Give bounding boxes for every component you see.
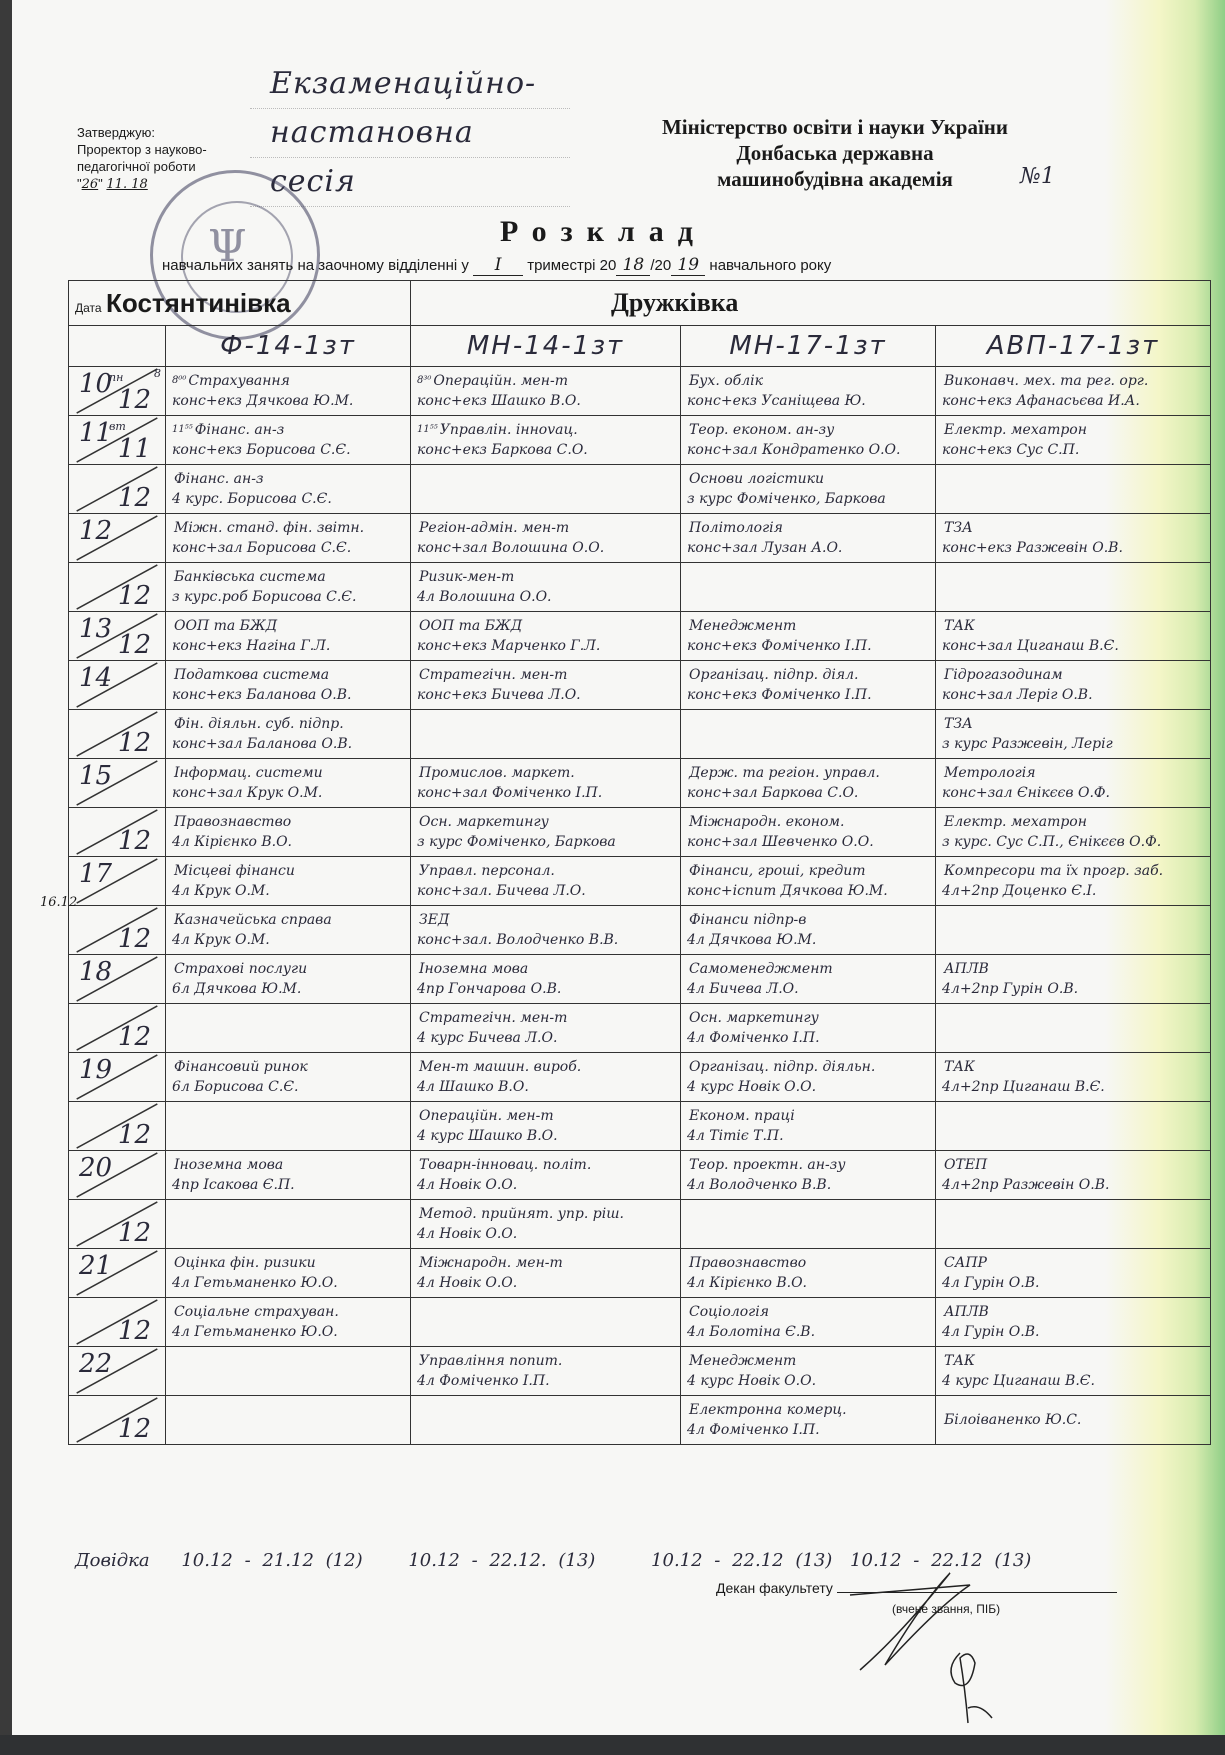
subject-text: Фін. діяльн. суб. підпр. xyxy=(174,716,344,732)
subtitle-mid: триместрі 20 xyxy=(527,257,616,274)
schedule-cell: Соціологія4л Болотіна Є.В. xyxy=(681,1298,936,1347)
page-subtitle: навчальних занять на заочному відділенні… xyxy=(162,255,831,276)
schedule-cell: Бух. облікконс+екз Усаніщева Ю. xyxy=(681,367,936,416)
subject-text: ООП та БЖД xyxy=(174,618,277,634)
subject-text: Міжнародн. мен-т xyxy=(419,1255,563,1271)
weekday: вт xyxy=(109,420,126,433)
schedule-cell: ТАК4 курс Циганаш В.Є. xyxy=(936,1347,1211,1396)
schedule-cell: Фінанси, гроші, кредитконс+іспит Дячкова… xyxy=(681,857,936,906)
subject-name: Промислов. маркет. xyxy=(417,763,674,783)
subject-text: САПР xyxy=(944,1255,987,1271)
lecturer-info: 4л Крук О.М. xyxy=(172,881,404,901)
subject-name: ООП та БЖД xyxy=(417,616,674,636)
lecturer-info: 4л+2пр Циганаш В.Є. xyxy=(942,1077,1204,1097)
schedule-cell: Менеджмент4 курс Новік О.О. xyxy=(681,1347,936,1396)
table-row: 19Фінансовий ринок6л Борисова С.Є.Мен-т … xyxy=(69,1053,1211,1102)
subject-text: Місцеві фінанси xyxy=(174,863,295,879)
lecturer-info: 6л Дячкова Ю.М. xyxy=(172,979,404,999)
schedule-cell: Виконавч. мех. та рег. орг.конс+екз Афан… xyxy=(936,367,1211,416)
subject-text: Управл. персонал. xyxy=(419,863,555,879)
footer-range: 10.12 - 22.12. (13) xyxy=(408,1550,595,1571)
subject-name: Метод. прийнят. упр. ріш. xyxy=(417,1204,674,1224)
date-cell: 11вт11 xyxy=(69,416,166,465)
schedule-cell: Управл. персонал.конс+зал. Бичева Л.О. xyxy=(411,857,681,906)
approval-day: 26 xyxy=(82,177,99,192)
subject-name: Метрологія xyxy=(942,763,1204,783)
subject-name: Фінанси підпр-в xyxy=(687,910,929,930)
lecturer-info: 4л Кірієнко В.О. xyxy=(687,1273,929,1293)
schedule-cell: Білоіваненко Ю.С. xyxy=(936,1396,1211,1445)
date-cell: 12 xyxy=(69,1298,166,1347)
date-cell: 20 xyxy=(69,1151,166,1200)
approval-month-year: 11. 18 xyxy=(106,177,147,192)
date-cell: 12 xyxy=(69,906,166,955)
schedule-cell: Інформац. системиконс+зал Крук О.М. xyxy=(166,759,411,808)
schedule-cell: Оцінка фін. ризики4л Гетьманенко Ю.О. xyxy=(166,1249,411,1298)
side-note: 16.12 xyxy=(40,895,77,910)
schedule-cell xyxy=(936,1102,1211,1151)
subject-name: 8⁰⁰Страхування xyxy=(172,371,404,391)
subject-text: Інформац. системи xyxy=(174,765,323,781)
subject-name: Організац. підпр. діяльн. xyxy=(687,1057,929,1077)
subject-name: Основи логістики xyxy=(687,469,929,489)
table-row: 20Іноземна мова4пр Ісакова Є.П.Товарн-ін… xyxy=(69,1151,1211,1200)
subject-name: Страхові послуги xyxy=(172,959,404,979)
table-row: 12Фінанс. ан-з4 курс. Борисова С.Є.Основ… xyxy=(69,465,1211,514)
weekday: пн xyxy=(109,371,123,384)
subject-text: Економ. праці xyxy=(689,1108,795,1124)
subject-name: Міжнародн. економ. xyxy=(687,812,929,832)
subject-name: ОТЕП xyxy=(942,1155,1204,1175)
subject-name: Електр. мехатрон xyxy=(942,420,1204,440)
lecturer-info: з курс.роб Борисова С.Є. xyxy=(172,587,404,607)
subject-name: Бух. облік xyxy=(687,371,929,391)
schedule-cell: Метрологіяконс+зал Єнікєєв О.Ф. xyxy=(936,759,1211,808)
subject-text: Управлін. іннovац. xyxy=(440,422,578,438)
lecturer-info: 4пр Ісакова Є.П. xyxy=(172,1175,404,1195)
schedule-cell: ТЗАконс+екз Разжевін О.В. xyxy=(936,514,1211,563)
subject-text: АПЛВ xyxy=(944,1304,989,1320)
subject-name: Теор. економ. ан-зу xyxy=(687,420,929,440)
lecturer-info: 4л Фомічeнко І.П. xyxy=(417,1371,674,1391)
lecturer-info: з курс Разжевін, Леріг xyxy=(942,734,1204,754)
subject-name: Стратегічн. мен-т xyxy=(417,1008,674,1028)
date-cell: 12 xyxy=(69,563,166,612)
schedule-table: Дата Костянтинівка Дружківка Ф-14-1зт МН… xyxy=(68,280,1211,1445)
schedule-cell: Метод. прийнят. упр. ріш.4л Новік О.О. xyxy=(411,1200,681,1249)
lecturer-info: 4 курс Бичева Л.О. xyxy=(417,1028,674,1048)
table-row: 12Метод. прийнят. упр. ріш.4л Новік О.О. xyxy=(69,1200,1211,1249)
subject-name: Політологія xyxy=(687,518,929,538)
schedule-cell xyxy=(166,1396,411,1445)
subject-name: Електронна комерц. xyxy=(687,1400,929,1420)
scan-edge-left xyxy=(0,0,12,1755)
lecturer-info: конс+екз Фомічeнко І.П. xyxy=(687,685,929,705)
lecturer-info: конс+екз Фомічeнко І.П. xyxy=(687,636,929,656)
scan-edge-bottom xyxy=(0,1735,1225,1755)
subtitle-suffix: навчального року xyxy=(709,257,831,274)
schedule-cell: Гідрогазодинамконс+зал Леріг О.В. xyxy=(936,661,1211,710)
group-header: Ф-14-1зт xyxy=(166,326,411,367)
date-column-label: Дата xyxy=(75,301,102,315)
subject-text: Електр. мехатрон xyxy=(944,814,1087,830)
month-number: 12 xyxy=(118,1120,151,1150)
subject-text: Виконавч. мех. та рег. орг. xyxy=(944,373,1148,389)
subject-name xyxy=(942,1214,1204,1234)
group-header: МН-14-1зт xyxy=(411,326,681,367)
month-number: 12 xyxy=(118,826,151,856)
schedule-cell: ООП та БЖДконс+екз Марченко Г.Л. xyxy=(411,612,681,661)
subject-text: Осн. маркетингу xyxy=(689,1010,819,1026)
subject-name xyxy=(417,1410,674,1430)
year-start: 18 xyxy=(616,255,650,276)
schedule-cell: Фінанс. ан-з4 курс. Борисова С.Є. xyxy=(166,465,411,514)
schedule-cell: 8⁰⁰Страхуванняконс+екз Дячкова Ю.М. xyxy=(166,367,411,416)
lecturer-info: з курс. Сус С.П., Єнікєєв О.Ф. xyxy=(942,832,1204,852)
day-number: 21 xyxy=(79,1251,112,1281)
subject-text: ТЗА xyxy=(944,716,973,732)
lecturer-info: 4л Фомічeнко І.П. xyxy=(687,1420,929,1440)
schedule-cell: Електр. мехатронконс+екз Сус С.П. xyxy=(936,416,1211,465)
date-cell: 12 xyxy=(69,1200,166,1249)
schedule-cell: Організац. підпр. діял.конс+екз Фомічeнк… xyxy=(681,661,936,710)
lecturer-info: конс+зал Циганаш В.Є. xyxy=(942,636,1204,656)
table-row: 22Управління попит.4л Фомічeнко І.П.Мене… xyxy=(69,1347,1211,1396)
lecturer-info: конс+зал Борисова С.Є. xyxy=(172,538,404,558)
schedule-cell xyxy=(411,710,681,759)
schedule-cell: ТАК4л+2пр Циганаш В.Є. xyxy=(936,1053,1211,1102)
day-number: 18 xyxy=(79,957,112,987)
group-header-row: Ф-14-1зт МН-14-1зт МН-17-1зт АВП-17-1зт xyxy=(69,326,1211,367)
schedule-cell: ТЗАз курс Разжевін, Леріг xyxy=(936,710,1211,759)
day-number: 13 xyxy=(79,614,112,644)
subject-name: Менеджмент xyxy=(687,1351,929,1371)
table-row: 10пн1288⁰⁰Страхуванняконс+екз Дячкова Ю.… xyxy=(69,367,1211,416)
subtitle-slash: /20 xyxy=(650,257,671,274)
subject-text: Фінанс. ан-з xyxy=(195,422,285,438)
lecturer-info: конс+зал Волошина О.О. xyxy=(417,538,674,558)
schedule-cell xyxy=(936,906,1211,955)
dean-label: Декан факультету xyxy=(716,1580,833,1596)
subject-name: Операційн. мен-т xyxy=(417,1106,674,1126)
footer-ref-label: Довідка xyxy=(75,1550,150,1571)
subject-name: Фін. діяльн. суб. підпр. xyxy=(172,714,404,734)
subject-name xyxy=(942,1116,1204,1136)
subject-name xyxy=(687,577,929,597)
subject-text: Держ. та регіон. управл. xyxy=(689,765,880,781)
subject-text: АПЛВ xyxy=(944,961,989,977)
lecturer-info: 4л Новік О.О. xyxy=(417,1175,674,1195)
subject-name: ТЗА xyxy=(942,518,1204,538)
subject-name: Організац. підпр. діял. xyxy=(687,665,929,685)
city-right-cell: Дружківка xyxy=(411,281,1211,326)
lecturer-info: конс+зал Кондратенко О.О. xyxy=(687,440,929,460)
lecturer-info: 4л+2пр Доценко Є.І. xyxy=(942,881,1204,901)
schedule-cell xyxy=(681,710,936,759)
subject-name xyxy=(942,479,1204,499)
schedule-cell: Мен-т машин. вироб.4л Шашко В.О. xyxy=(411,1053,681,1102)
lecturer-info: конс+зал. Володченко В.В. xyxy=(417,930,674,950)
subject-name: Податкова система xyxy=(172,665,404,685)
schedule-cell xyxy=(166,1004,411,1053)
subject-name: Держ. та регіон. управл. xyxy=(687,763,929,783)
lecturer-info: 6л Борисова С.Є. xyxy=(172,1077,404,1097)
lecturer-info: конс+зал Шевченко О.О. xyxy=(687,832,929,852)
date-cell: 15 xyxy=(69,759,166,808)
subject-text: Самоменеджмент xyxy=(689,961,833,977)
subject-text: Страхові послуги xyxy=(174,961,307,977)
subject-name: Менеджмент xyxy=(687,616,929,636)
lecturer-info: 4л Новік О.О. xyxy=(417,1273,674,1293)
date-cell: 12 xyxy=(69,710,166,759)
lecturer-info: конс+екз Дячкова Ю.М. xyxy=(172,391,404,411)
subject-name xyxy=(172,1018,404,1038)
schedule-cell: Фін. діяльн. суб. підпр.конс+зал Баланов… xyxy=(166,710,411,759)
schedule-cell: Казначейська справа4л Крук О.М. xyxy=(166,906,411,955)
approval-line-1: Затверджую: xyxy=(77,124,207,141)
ministry-header: Міністерство освіти і науки України Донб… xyxy=(610,114,1060,192)
subject-text: Міжнародн. економ. xyxy=(689,814,844,830)
subject-name: Фінанс. ан-з xyxy=(172,469,404,489)
date-cell: 12 xyxy=(69,514,166,563)
schedule-cell: Правознавство4л Кірієнко В.О. xyxy=(166,808,411,857)
subject-text: Казначейська справа xyxy=(174,912,332,928)
subject-name: Казначейська справа xyxy=(172,910,404,930)
lecturer-info: 4л Тітіє Т.П. xyxy=(687,1126,929,1146)
subject-name: Виконавч. мех. та рег. орг. xyxy=(942,371,1204,391)
subject-text: Іноземна мова xyxy=(174,1157,283,1173)
lecturer-info: 4л Волошина О.О. xyxy=(417,587,674,607)
ministry-line-1: Міністерство освіти і науки України xyxy=(610,114,1060,140)
schedule-cell xyxy=(411,1298,681,1347)
city-header-row: Дата Костянтинівка Дружківка xyxy=(69,281,1211,326)
day-number: 20 xyxy=(79,1153,112,1183)
table-row: 12Казначейська справа4л Крук О.М.ЗЕДконс… xyxy=(69,906,1211,955)
table-row: 12Соціальне страхуван.4л Гетьманенко Ю.О… xyxy=(69,1298,1211,1347)
subject-name xyxy=(417,724,674,744)
lecturer-info: 4 курс Шашко В.О. xyxy=(417,1126,674,1146)
day-number: 17 xyxy=(79,859,112,889)
subject-text: Соціологія xyxy=(689,1304,769,1320)
lecturer-info: конс+зал Баркова С.О. xyxy=(687,783,929,803)
city-left-cell: Дата Костянтинівка xyxy=(69,281,411,326)
date-cell: 14 xyxy=(69,661,166,710)
schedule-cell xyxy=(166,1102,411,1151)
lecturer-info: 4пр Гончарова О.В. xyxy=(417,979,674,999)
schedule-cell: Самоменеджмент4л Бичева Л.О. xyxy=(681,955,936,1004)
subject-name: Місцеві фінанси xyxy=(172,861,404,881)
subject-name xyxy=(172,1116,404,1136)
subject-text: Менеджмент xyxy=(689,618,796,634)
schedule-cell: Основи логістикиз курс Фомічeнко, Барков… xyxy=(681,465,936,514)
page-title: Розклад xyxy=(500,215,707,249)
lecturer-info: конс+зал Єнікєєв О.Ф. xyxy=(942,783,1204,803)
table-row: 12Операційн. мен-т4 курс Шашко В.О.Еконо… xyxy=(69,1102,1211,1151)
schedule-cell: Управління попит.4л Фомічeнко І.П. xyxy=(411,1347,681,1396)
table-row: 12Правознавство4л Кірієнко В.О.Осн. марк… xyxy=(69,808,1211,857)
schedule-cell xyxy=(166,1347,411,1396)
subject-text: Політологія xyxy=(689,520,783,536)
subject-text: Організац. підпр. діял. xyxy=(689,667,858,683)
lecturer-info: конс+зал Леріг О.В. xyxy=(942,685,1204,705)
schedule-cell: Міжнародн. економ.конс+зал Шевченко О.О. xyxy=(681,808,936,857)
date-cell: 12 xyxy=(69,1004,166,1053)
schedule-cell: Правознавство4л Кірієнко В.О. xyxy=(681,1249,936,1298)
table-row: 21Оцінка фін. ризики4л Гетьманенко Ю.О.М… xyxy=(69,1249,1211,1298)
subject-text: Метрологія xyxy=(944,765,1035,781)
subject-text: Соціальне страхуван. xyxy=(174,1304,339,1320)
lecturer-info: 4л Гетьманенко Ю.О. xyxy=(172,1322,404,1342)
subject-text: Банківська система xyxy=(174,569,326,585)
table-row: 12Фін. діяльн. суб. підпр.конс+зал Балан… xyxy=(69,710,1211,759)
date-cell: 12 xyxy=(69,808,166,857)
subject-text: Осн. маркетингу xyxy=(419,814,549,830)
table-row: 12Банківська системаз курс.роб Борисова … xyxy=(69,563,1211,612)
lecturer-info: 4л Крук О.М. xyxy=(172,930,404,950)
city-left: Костянтинівка xyxy=(106,288,291,318)
schedule-cell xyxy=(936,1004,1211,1053)
table-row: 17Місцеві фінанси4л Крук О.М.Управл. пер… xyxy=(69,857,1211,906)
month-number: 11 xyxy=(118,434,151,464)
subject-text: Фінанси, гроші, кредит xyxy=(689,863,866,879)
schedule-cell: Держ. та регіон. управл.конс+зал Баркова… xyxy=(681,759,936,808)
subject-name: Економ. праці xyxy=(687,1106,929,1126)
day-number: 14 xyxy=(79,663,112,693)
subject-name: Фінансовий ринок xyxy=(172,1057,404,1077)
date-cell: 22 xyxy=(69,1347,166,1396)
subject-text: Ризик-мен-т xyxy=(419,569,514,585)
subject-text: Правознавство xyxy=(689,1255,806,1271)
lecturer-info: конс+екз Шашко В.О. xyxy=(417,391,674,411)
subject-name: Оцінка фін. ризики xyxy=(172,1253,404,1273)
subject-text: Електр. мехатрон xyxy=(944,422,1087,438)
subject-name: Іноземна мова xyxy=(172,1155,404,1175)
subject-name: ТАК xyxy=(942,1057,1204,1077)
start-time: 8³⁰ xyxy=(417,375,431,386)
subject-name: Іноземна мова xyxy=(417,959,674,979)
subject-text: ОТЕП xyxy=(944,1157,987,1173)
lecturer-info: 4л Дячкова Ю.М. xyxy=(687,930,929,950)
schedule-cell: Банківська системаз курс.роб Борисова С.… xyxy=(166,563,411,612)
subject-name: Стратегічн. мен-т xyxy=(417,665,674,685)
month-number: 12 xyxy=(118,1316,151,1346)
subject-text: ЗЕД xyxy=(419,912,449,928)
subject-name xyxy=(172,1214,404,1234)
month-number: 12 xyxy=(118,581,151,611)
subject-name: 11⁵⁵Управлін. іннovац. xyxy=(417,420,674,440)
table-row: 14Податкова системаконс+екз Баланова О.В… xyxy=(69,661,1211,710)
schedule-cell: АПЛВ4л Гурін О.В. xyxy=(936,1298,1211,1347)
schedule-cell: Політологіяконс+зал Лузан А.О. xyxy=(681,514,936,563)
lecturer-info: 4л Болотіна Є.В. xyxy=(687,1322,929,1342)
subject-text: Іноземна мова xyxy=(419,961,528,977)
group-header-empty xyxy=(69,326,166,367)
lecturer-info: конс+зал Лузан А.О. xyxy=(687,538,929,558)
schedule-cell: Ризик-мен-т4л Волошина О.О. xyxy=(411,563,681,612)
subject-text: Основи логістики xyxy=(689,471,824,487)
table-row: 12Міжн. станд. фін. звітн.конс+зал Борис… xyxy=(69,514,1211,563)
lecturer-info: конс+зал Крук О.М. xyxy=(172,783,404,803)
subject-name: Регіон-адмін. мен-т xyxy=(417,518,674,538)
subject-name: Осн. маркетингу xyxy=(687,1008,929,1028)
schedule-cell: Фінанси підпр-в4л Дячкова Ю.М. xyxy=(681,906,936,955)
session-kind: Екзаменаційно- настановна сесія xyxy=(250,60,570,207)
schedule-cell: Міжн. станд. фін. звітн.конс+зал Борисов… xyxy=(166,514,411,563)
subject-text: Організац. підпр. діяльн. xyxy=(689,1059,875,1075)
date-cell: 12 xyxy=(69,465,166,514)
month-number: 12 xyxy=(118,630,151,660)
lecturer-info: 4л Новік О.О. xyxy=(417,1224,674,1244)
subject-name: АПЛВ xyxy=(942,959,1204,979)
subject-text: Менеджмент xyxy=(689,1353,796,1369)
table-row: 11вт1111⁵⁵Фінанс. ан-зконс+екз Борисова … xyxy=(69,416,1211,465)
subject-name: Осн. маркетингу xyxy=(417,812,674,832)
subject-name xyxy=(417,1312,674,1332)
ministry-line-3: машинобудівна академія xyxy=(610,166,1060,192)
schedule-cell: Міжнародн. мен-т4л Новік О.О. xyxy=(411,1249,681,1298)
start-time: 11⁵⁵ xyxy=(172,424,193,435)
month-number: 12 xyxy=(118,1218,151,1248)
subject-text: Стратегічн. мен-т xyxy=(419,1010,567,1026)
subject-text: Фінанси підпр-в xyxy=(689,912,806,928)
subject-name: Компресори та їх прогр. заб. xyxy=(942,861,1204,881)
subject-name xyxy=(942,1018,1204,1038)
lecturer-info: конс+екз Бичева Л.О. xyxy=(417,685,674,705)
schedule-cell: 11⁵⁵Фінанс. ан-зконс+екз Борисова С.Є. xyxy=(166,416,411,465)
subject-text: Податкова система xyxy=(174,667,329,683)
month-number: 12 xyxy=(118,924,151,954)
date-cell: 12 xyxy=(69,1102,166,1151)
lecturer-info: конс+екз Афанасьєва И.А. xyxy=(942,391,1204,411)
schedule-cell: Економ. праці4л Тітіє Т.П. xyxy=(681,1102,936,1151)
schedule-cell: Стратегічн. мен-т4 курс Бичева Л.О. xyxy=(411,1004,681,1053)
date-cell: 17 xyxy=(69,857,166,906)
subject-text: Оцінка фін. ризики xyxy=(174,1255,316,1271)
subject-text: ООП та БЖД xyxy=(419,618,522,634)
lecturer-info: 4 курс. Борисова С.Є. xyxy=(172,489,404,509)
date-cell: 1312 xyxy=(69,612,166,661)
lecturer-info: конс+екз Сус С.П. xyxy=(942,440,1204,460)
date-cell: 19 xyxy=(69,1053,166,1102)
subject-name: Управління попит. xyxy=(417,1351,674,1371)
subject-text: Операційн. мен-т xyxy=(419,1108,554,1124)
city-right: Дружківка xyxy=(611,288,738,317)
table-row: 12Стратегічн. мен-т4 курс Бичева Л.О.Осн… xyxy=(69,1004,1211,1053)
subject-text: Гідрогазодинам xyxy=(944,667,1063,683)
subject-name: Фінанси, гроші, кредит xyxy=(687,861,929,881)
start-time: 11⁵⁵ xyxy=(417,424,438,435)
initials-signature-icon xyxy=(940,1648,1000,1728)
month-number: 12 xyxy=(118,728,151,758)
session-kind-line-2: настановна xyxy=(250,109,570,158)
date-cell: 21 xyxy=(69,1249,166,1298)
month-number: 12 xyxy=(118,1414,151,1444)
subject-name: Міжн. станд. фін. звітн. xyxy=(172,518,404,538)
subject-name: Електр. мехатрон xyxy=(942,812,1204,832)
subject-name: ЗЕД xyxy=(417,910,674,930)
lecturer-info: конс+зал Баланова О.В. xyxy=(172,734,404,754)
day-number: 11 xyxy=(79,418,112,448)
table-row: 1312ООП та БЖДконс+екз Нагіна Г.Л.ООП та… xyxy=(69,612,1211,661)
subject-name: Банківська система xyxy=(172,567,404,587)
schedule-cell: САПР4л Гурін О.В. xyxy=(936,1249,1211,1298)
schedule-cell: ТАКконс+зал Циганаш В.Є. xyxy=(936,612,1211,661)
subject-name xyxy=(942,577,1204,597)
schedule-cell: Фінансовий ринок6л Борисова С.Є. xyxy=(166,1053,411,1102)
schedule-cell: Компресори та їх прогр. заб.4л+2пр Доцен… xyxy=(936,857,1211,906)
subject-name xyxy=(687,1214,929,1234)
subject-text: ТАК xyxy=(944,1353,975,1369)
